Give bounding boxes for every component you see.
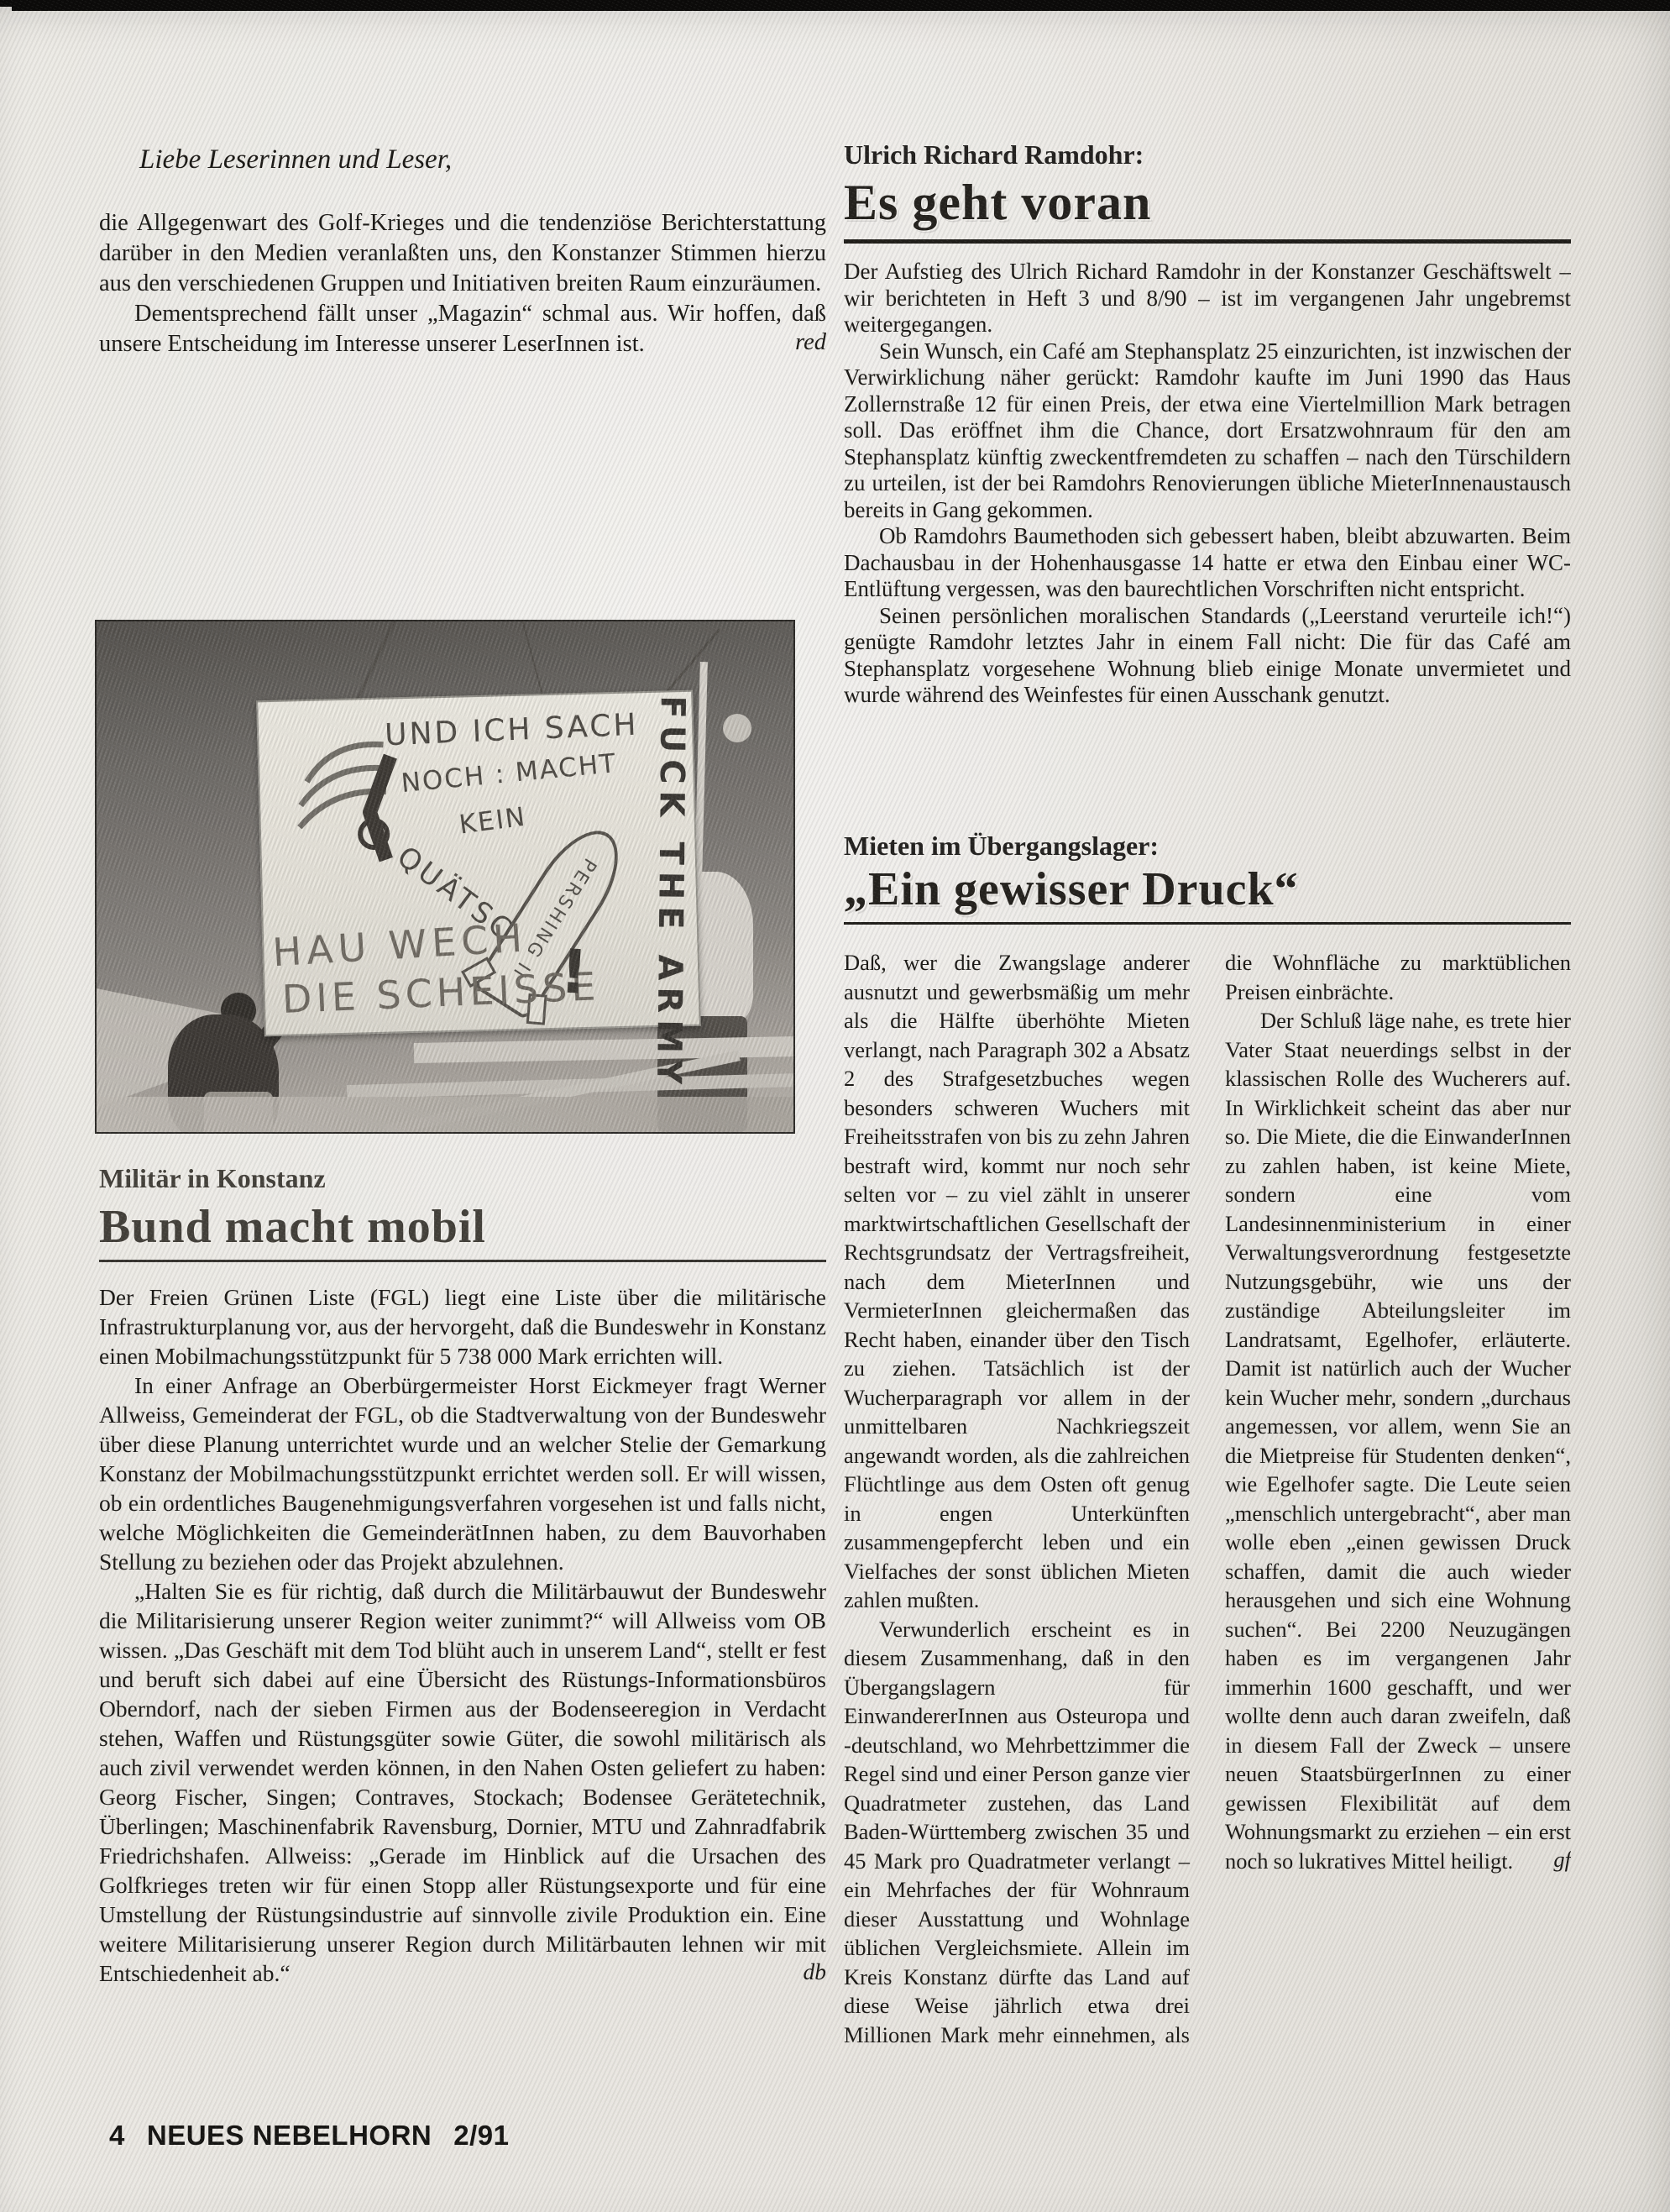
- article-paragraph: Sein Wunsch, ein Café am Stephansplatz 2…: [844, 338, 1571, 524]
- article-paragraph: Seinen persönlichen moralischen Standard…: [844, 603, 1571, 709]
- article-paragraph: Der Aufstieg des Ulrich Richard Ramdohr …: [844, 259, 1571, 338]
- headline-rule: [844, 922, 1571, 925]
- page-number: 4: [109, 2120, 125, 2152]
- magazine-name: NEUES NEBELHORN: [147, 2120, 432, 2152]
- article-paragraph: Der Schluß läge nahe, es trete hier Vate…: [1225, 1006, 1571, 1875]
- article-ein-gewisser-druck: Mieten im Übergangslager: „Ein gewisser …: [844, 830, 1571, 2078]
- editorial-note-section: Liebe Leserinnen und Leser, die Allgegen…: [99, 143, 826, 356]
- article-kicker: Militär in Konstanz: [99, 1162, 826, 1194]
- banner-side-slogan: FUCK THE ARMY: [650, 695, 692, 1020]
- page-footer: 4 NEUES NEBELHORN 2/91: [109, 2120, 509, 2152]
- banner-text-line: DIE SCHEISSE: [281, 963, 601, 1022]
- article-headline: „Ein gewisser Druck“: [844, 863, 1571, 915]
- headline-rule: [99, 1260, 826, 1262]
- article-headline: Bund macht mobil: [99, 1201, 826, 1253]
- issue-number: 2/91: [453, 2120, 509, 2152]
- protest-banner: UND ICH SACH NOCH : MACHT KEIN QUÄTSCH P…: [256, 690, 701, 1037]
- article-bund-macht-mobil: Militär in Konstanz Bund macht mobil Der…: [99, 1162, 826, 2110]
- article-body: Der Aufstieg des Ulrich Richard Ramdohr …: [844, 259, 1571, 709]
- magazine-page: Liebe Leserinnen und Leser, die Allgegen…: [0, 0, 1670, 2212]
- right-person-hand: [723, 714, 751, 742]
- motion-line: [306, 744, 385, 782]
- scan-artifact-top-left: [0, 0, 12, 7]
- article-paragraph: Ob Ramdohrs Baumethoden sich gebessert h…: [844, 523, 1571, 603]
- article-headline: Es geht voran: [844, 174, 1571, 231]
- editorial-paragraph: die Allgegenwart des Golf-Krieges und di…: [99, 208, 826, 299]
- article-body: Der Freien Grünen Liste (FGL) liegt eine…: [99, 1282, 826, 1985]
- article-paragraph: „Halten Sie es für richtig, daß durch di…: [99, 1576, 826, 1988]
- headline-rule: [844, 239, 1571, 244]
- article-two-columns: Daß, wer die Zwangslage anderer ausnutzt…: [844, 948, 1571, 2078]
- article-kicker: Mieten im Übergangslager:: [844, 830, 1571, 862]
- banner-text-line: UND ICH SACH: [384, 708, 639, 753]
- protest-photo: UND ICH SACH NOCH : MACHT KEIN QUÄTSCH P…: [95, 620, 795, 1134]
- article-paragraph: In einer Anfrage an Oberbürgermeister Ho…: [99, 1371, 826, 1576]
- article-kicker: Ulrich Richard Ramdohr:: [844, 139, 1571, 170]
- editorial-greeting: Liebe Leserinnen und Leser,: [139, 143, 826, 176]
- banner-text-line: NOCH : MACHT: [400, 748, 618, 799]
- article-paragraph: Der Freien Grünen Liste (FGL) liegt eine…: [99, 1282, 826, 1371]
- banner-text-line: KEIN: [458, 802, 528, 841]
- article-paragraph: Daß, wer die Zwangslage anderer ausnutzt…: [844, 948, 1190, 1615]
- scan-artifact-top: [12, 0, 1670, 11]
- banner-exclamation: !: [558, 936, 590, 1008]
- ground: [97, 1097, 793, 1132]
- article-es-geht-voran: Ulrich Richard Ramdohr: Es geht voran De…: [844, 139, 1571, 820]
